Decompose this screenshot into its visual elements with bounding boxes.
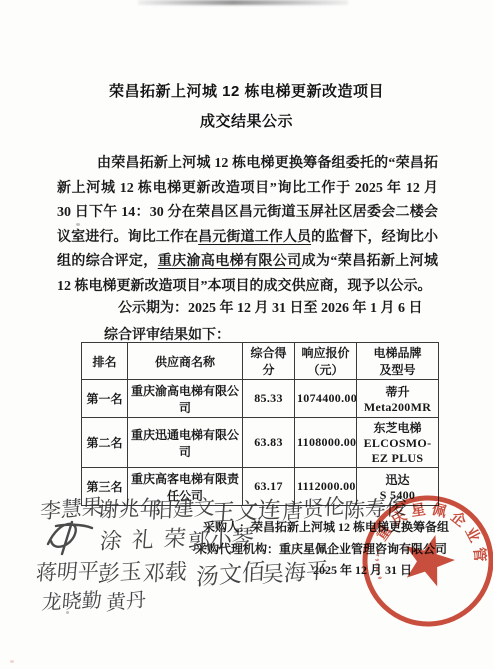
results-intro-line: 综合评审结果如下： xyxy=(104,324,230,344)
signature: 邓载 xyxy=(142,555,188,588)
column-header: 排名 xyxy=(82,343,128,380)
seal-code-digits: 0798610 xyxy=(373,549,383,583)
table-row: 第一名重庆渝高电梯有限公司85.331074400.00蒂升Meta200MR xyxy=(82,380,439,418)
signature: 黄丹 xyxy=(106,583,146,616)
signature: 汤文佰 xyxy=(196,553,266,592)
scan-artifact-top xyxy=(138,0,348,5)
signature: 涂礼荣 xyxy=(99,521,198,555)
signature: 李慧果 xyxy=(40,490,104,526)
column-header: 供应商名称 xyxy=(128,343,243,380)
column-header: 综合得分 xyxy=(243,343,295,380)
column-header: 电梯品牌及型号 xyxy=(357,343,439,380)
rank-cell: 第二名 xyxy=(82,418,128,468)
svg-text:0798610: 0798610 xyxy=(373,549,383,583)
supplier-cell: 重庆渝高电梯有限公司 xyxy=(128,380,243,418)
seal-star-icon xyxy=(405,534,456,587)
price-cell: 1074400.00 xyxy=(295,380,357,418)
document-title-line1: 荣昌拓新上河城 12 栋电梯更新改造项目 xyxy=(0,80,493,101)
table-row: 第二名重庆迅通电梯有限公司63.831108000.00东芝电梯ELCOSMO-… xyxy=(82,418,439,468)
scanned-document-page: 荣昌拓新上河城 12 栋电梯更新改造项目 成交结果公示 由荣昌拓新上河城 12 … xyxy=(0,0,493,669)
signature: 阳建文 xyxy=(151,491,215,526)
rank-cell: 第一名 xyxy=(82,380,128,418)
publicity-period-line: 公示期为：2025 年 12 月 31 日至 2026 年 1 月 6 日 xyxy=(118,297,423,317)
document-title-line2: 成交结果公示 xyxy=(0,110,493,131)
scan-artifact xyxy=(10,660,14,663)
signature: 郭小琴 xyxy=(188,520,255,557)
signature: 吴海平 xyxy=(261,554,328,590)
signature: 龙晓勤 xyxy=(41,584,104,615)
score-cell: 85.33 xyxy=(243,380,295,418)
company-seal: 重庆星佩企业管理咨询有限公司 0798610 xyxy=(345,478,493,643)
score-cell: 63.83 xyxy=(243,418,295,468)
brand-cell: 蒂升Meta200MR xyxy=(357,380,439,418)
column-header: 响应报价（元） xyxy=(295,343,357,380)
results-table: 排名供应商名称综合得分响应报价（元）电梯品牌及型号 第一名重庆渝高电梯有限公司8… xyxy=(81,342,439,506)
results-table-header-row: 排名供应商名称综合得分响应报价（元）电梯品牌及型号 xyxy=(82,343,439,380)
body-paragraph: 由荣昌拓新上河城 12 栋电梯更换筹备组委托的“荣昌拓新上河城 12 栋电梯更新… xyxy=(57,152,438,300)
brand-cell: 东芝电梯ELCOSMO-EZ PLUS xyxy=(357,418,439,468)
supplier-cell: 重庆迅通电梯有限公司 xyxy=(128,418,243,468)
signature: 蒋明平 xyxy=(35,555,101,587)
price-cell: 1108000.00 xyxy=(295,418,357,468)
